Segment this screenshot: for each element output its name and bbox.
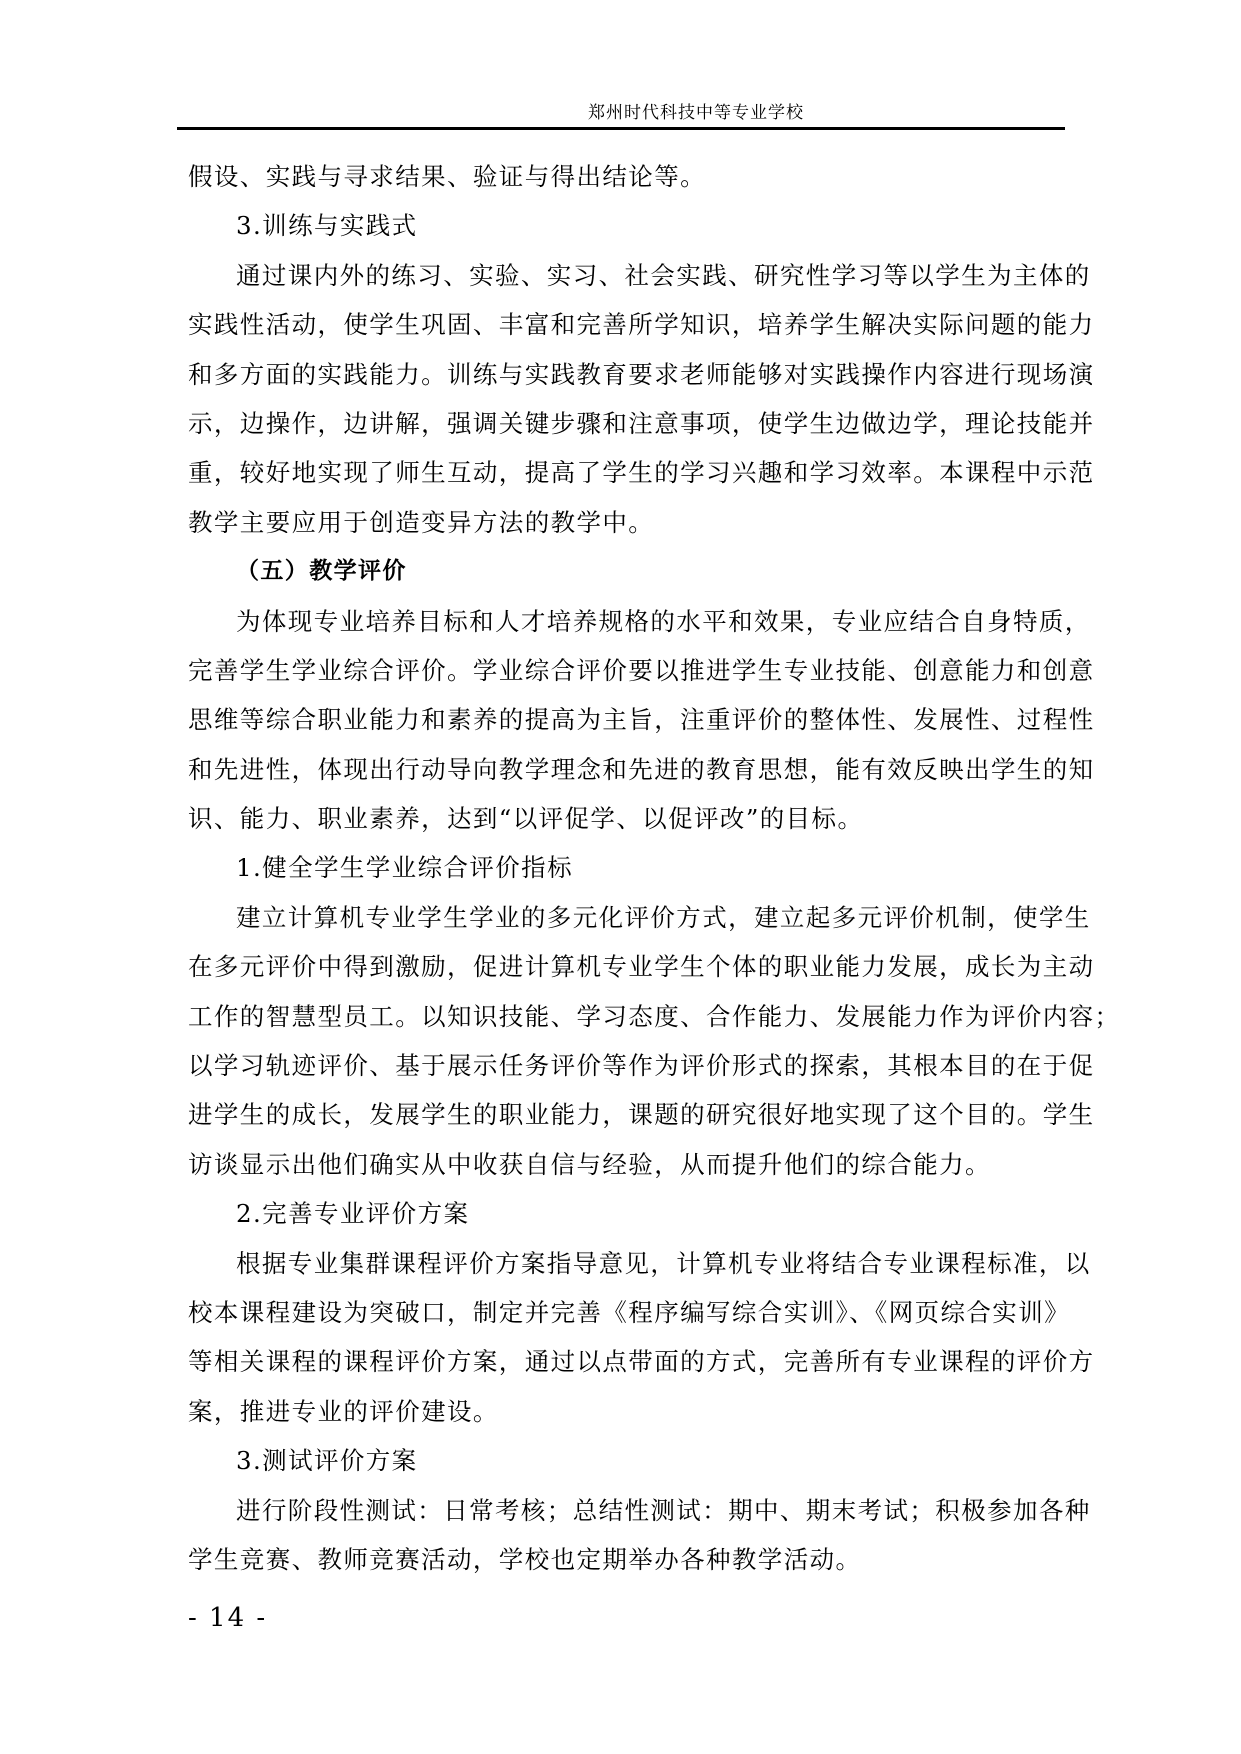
- subheading-test-evaluation: 3.测试评价方案: [188, 1436, 1060, 1485]
- paragraph-line: 等相关课程的课程评价方案，通过以点带面的方式，完善所有专业课程的评价方: [188, 1337, 1060, 1386]
- paragraph-line: 实践性活动，使学生巩固、丰富和完善所学知识，培养学生解决实际问题的能力: [188, 300, 1060, 349]
- page-header: 郑州时代科技中等专业学校: [177, 98, 1065, 128]
- paragraph-line: 进学生的成长，发展学生的职业能力，课题的研究很好地实现了这个目的。学生: [188, 1090, 1060, 1139]
- paragraph-line: 以学习轨迹评价、基于展示任务评价等作为评价形式的探索，其根本目的在于促: [188, 1041, 1060, 1090]
- paragraph-line: 工作的智慧型员工。以知识技能、学习态度、合作能力、发展能力作为评价内容；: [188, 992, 1060, 1041]
- paragraph-line: 识、能力、职业素养，达到“以评促学、以促评改”的目标。: [188, 794, 1060, 843]
- paragraph-line: 进行阶段性测试：日常考核；总结性测试：期中、期末考试；积极参加各种: [188, 1486, 1060, 1535]
- document-body: 假设、实践与寻求结果、验证与得出结论等。 3.训练与实践式 通过课内外的练习、实…: [188, 152, 1060, 1584]
- paragraph-line: 完善学生学业综合评价。学业综合评价要以推进学生专业技能、创意能力和创意: [188, 646, 1060, 695]
- section-heading-teaching-evaluation: （五）教学评价: [188, 547, 1060, 596]
- paragraph-line: 重，较好地实现了师生互动，提高了学生的学习兴趣和学习效率。本课程中示范: [188, 448, 1060, 497]
- school-name-header: 郑州时代科技中等专业学校: [438, 98, 804, 123]
- paragraph-line: 建立计算机专业学生学业的多元化评价方式，建立起多元评价机制，使学生: [188, 893, 1060, 942]
- header-divider: [177, 127, 1065, 130]
- paragraph-line: 案，推进专业的评价建设。: [188, 1387, 1060, 1436]
- paragraph-line: 和多方面的实践能力。训练与实践教育要求老师能够对实践操作内容进行现场演: [188, 350, 1060, 399]
- paragraph-line: 学生竞赛、教师竞赛活动，学校也定期举办各种教学活动。: [188, 1535, 1060, 1584]
- subheading-evaluation-indicators: 1.健全学生学业综合评价指标: [188, 843, 1060, 892]
- paragraph-line: 示，边操作，边讲解，强调关键步骤和注意事项，使学生边做边学，理论技能并: [188, 399, 1060, 448]
- paragraph-line: 校本课程建设为突破口，制定并完善《程序编写综合实训》、《网页综合实训》: [188, 1288, 1060, 1337]
- subheading-evaluation-plan: 2.完善专业评价方案: [188, 1189, 1060, 1238]
- page-number: - 14 -: [188, 1603, 267, 1633]
- paragraph-line: 为体现专业培养目标和人才培养规格的水平和效果，专业应结合自身特质，: [188, 597, 1060, 646]
- paragraph-line: 在多元评价中得到激励，促进计算机专业学生个体的职业能力发展，成长为主动: [188, 942, 1060, 991]
- paragraph-line: 教学主要应用于创造变异方法的教学中。: [188, 498, 1060, 547]
- paragraph-line: 和先进性，体现出行动导向教学理念和先进的教育思想，能有效反映出学生的知: [188, 745, 1060, 794]
- paragraph-line: 根据专业集群课程评价方案指导意见，计算机专业将结合专业课程标准，以: [188, 1239, 1060, 1288]
- paragraph-line: 假设、实践与寻求结果、验证与得出结论等。: [188, 152, 1060, 201]
- paragraph-line: 通过课内外的练习、实验、实习、社会实践、研究性学习等以学生为主体的: [188, 251, 1060, 300]
- paragraph-line: 思维等综合职业能力和素养的提高为主旨，注重评价的整体性、发展性、过程性: [188, 695, 1060, 744]
- subheading-training-practice: 3.训练与实践式: [188, 201, 1060, 250]
- paragraph-line: 访谈显示出他们确实从中收获自信与经验，从而提升他们的综合能力。: [188, 1140, 1060, 1189]
